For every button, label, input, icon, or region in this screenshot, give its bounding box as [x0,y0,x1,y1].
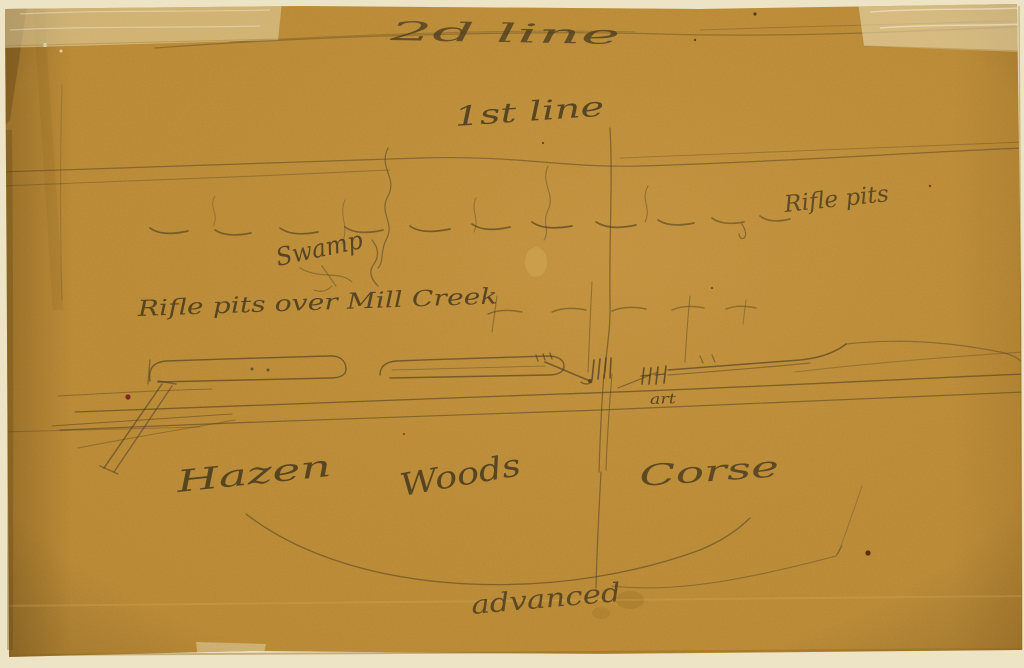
tape-top-left [0,2,282,48]
paper-sheet: 2d line 1st line Rifle pits Swamp Rifle … [0,0,1024,668]
artillery-label: art [650,391,677,408]
scanned-sketch: 2d line 1st line Rifle pits Swamp Rifle … [0,0,1024,668]
sketch-canvas: 2d line 1st line Rifle pits Swamp Rifle … [0,0,1024,668]
second-line-label: 2d line [387,17,620,51]
